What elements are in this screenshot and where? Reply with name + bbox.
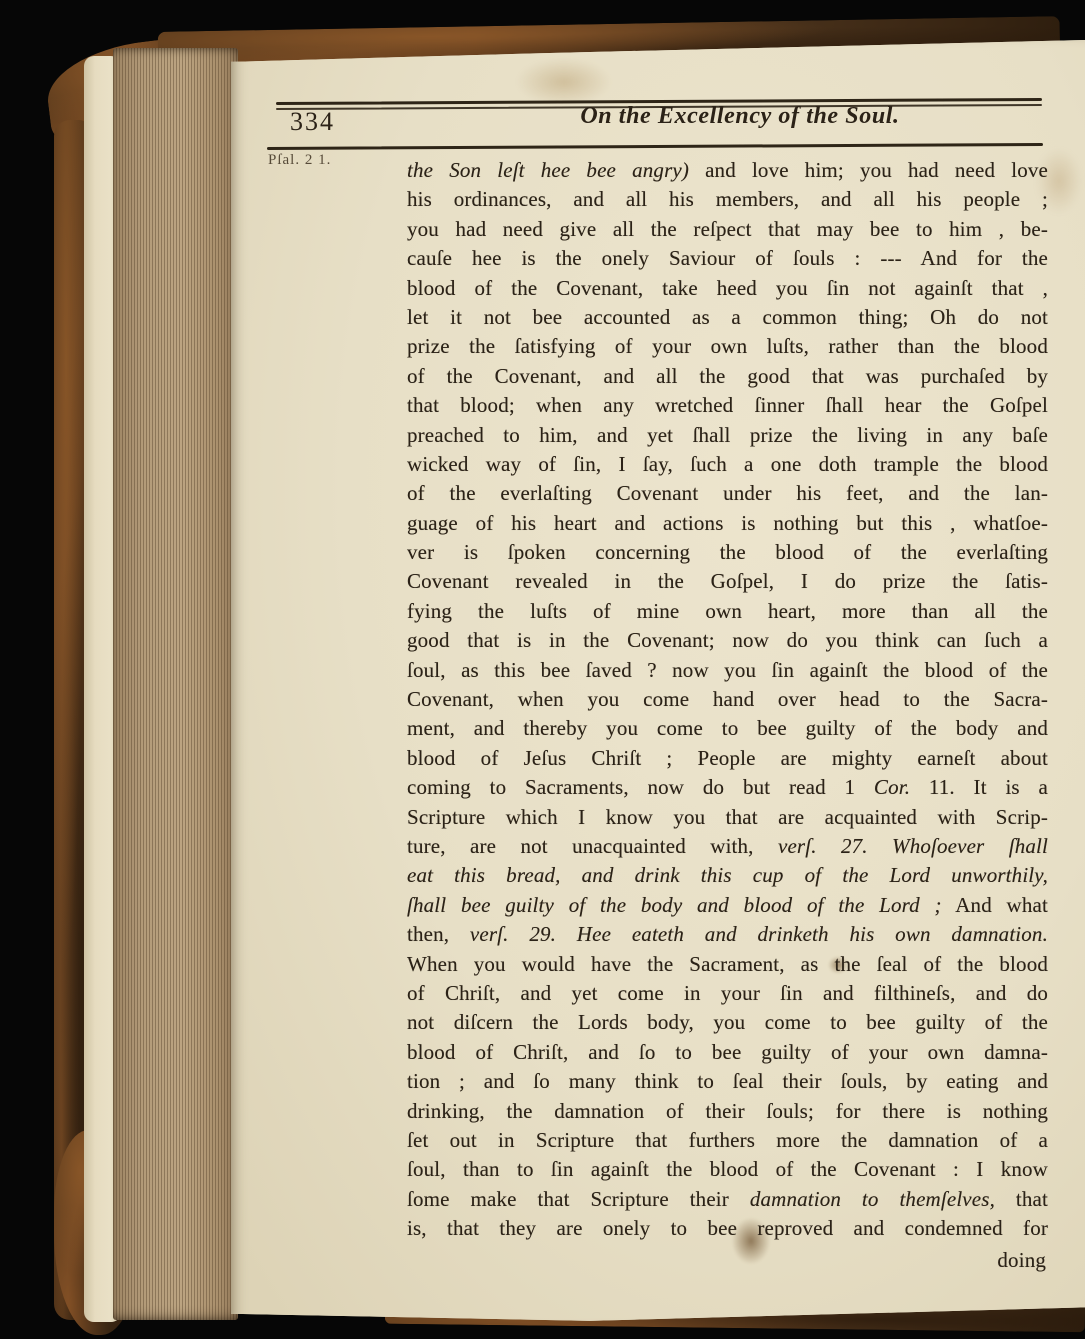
text-line: his ordinances, and all his members, and… [407,185,1048,214]
text-segment: not diſcern the Lords body, you come to … [407,1010,1048,1034]
text-line: ſhall bee guilty of the body and blood o… [407,891,1048,920]
text-line: prize the ſatisfying of your own luſts, … [407,332,1048,361]
text-line: then, verſ. 29. Hee eateth and drinketh … [407,920,1048,949]
text-line: ſoul, than to ſin againſt the blood of t… [407,1155,1048,1184]
text-segment: 11. It is a [910,775,1048,799]
text-segment: then, [407,922,470,946]
text-line: not diſcern the Lords body, you come to … [407,1008,1048,1037]
text-segment: that blood; when any wretched ſinner ſha… [407,393,1048,417]
text-segment: is, that they are onely to bee reproved … [407,1216,1048,1240]
text-segment: blood of the Covenant, take heed you ſin… [407,276,1048,300]
text-line: of the Covenant, and all the good that w… [407,362,1048,391]
text-line: ment, and thereby you come to bee guilty… [407,714,1048,743]
text-line: ſome make that Scripture their damnation… [407,1185,1048,1214]
text-line: the Son leſt hee bee angry) and love him… [407,156,1048,185]
text-segment: Scripture which I know you that are acqu… [407,805,1048,829]
text-line: ture, are not unacquainted with, verſ. 2… [407,832,1048,861]
body-text: the Son leſt hee bee angry) and love him… [407,156,1048,1276]
text-line: blood of the Covenant, take heed you ſin… [407,274,1048,303]
text-segment: drinking, the damnation of their ſouls; … [407,1099,1048,1123]
text-line: Covenant, when you come hand over head t… [407,685,1048,714]
text-line: coming to Sacraments, now do but read 1 … [407,773,1048,802]
text-line: Covenant revealed in the Goſpel, I do pr… [407,567,1048,596]
text-line: of the everlaſting Covenant under his fe… [407,479,1048,508]
text-line: fying the luſts of mine own heart, more … [407,597,1048,626]
fore-edge-pages [113,48,238,1320]
text-line: wicked way of ſin, I ſay, ſuch a one dot… [407,450,1048,479]
text-line: guage of his heart and actions is nothin… [407,509,1048,538]
text-segment: verſ. 27. Whoſoever ſhall [778,834,1048,858]
text-segment: ture, are not unacquainted with, [407,834,778,858]
text-segment: coming to Sacraments, now do but read 1 [407,775,874,799]
text-line: cauſe hee is the onely Saviour of ſouls … [407,244,1048,273]
text-line: Scripture which I know you that are acqu… [407,803,1048,832]
text-line: of Chriſt, and yet come in your ſin and … [407,979,1048,1008]
margin-note: Pſal. 2 1. [268,152,398,169]
text-segment: let it not bee accounted as a common thi… [407,305,1048,329]
text-segment: guage of his heart and actions is nothin… [407,511,1048,535]
text-segment: preached to him, and yet ſhall prize the… [407,423,1048,447]
text-segment: you had need give all the reſpect that m… [407,217,1048,241]
text-segment: ſhall bee guilty of the body and blood o… [407,893,942,917]
text-line: preached to him, and yet ſhall prize the… [407,421,1048,450]
text-line: When you would have the Sacrament, as th… [407,950,1048,979]
text-segment: And what [942,893,1048,917]
text-segment: When you would have the Sacrament, as th… [407,952,1048,976]
text-line: ſet out in Scripture that furthers more … [407,1126,1048,1155]
text-segment: good that is in the Covenant; now do you… [407,628,1048,652]
text-segment: the Son leſt hee bee angry) [407,158,689,182]
text-segment: ſoul, as this bee ſaved ? now you ſin ag… [407,658,1048,682]
text-segment: eat this bread, and drink this cup of th… [407,863,1048,887]
text-segment: fying the luſts of mine own heart, more … [407,599,1048,623]
text-segment: that [995,1187,1048,1211]
text-segment: ſoul, than to ſin againſt the blood of t… [407,1157,1048,1181]
catchword: doing [407,1246,1048,1275]
text-segment: wicked way of ſin, I ſay, ſuch a one dot… [407,452,1048,476]
text-line: drinking, the damnation of their ſouls; … [407,1097,1048,1126]
text-line: ver is ſpoken concerning the blood of th… [407,538,1048,567]
text-line: good that is in the Covenant; now do you… [407,626,1048,655]
text-segment: and love him; you had need love [689,158,1048,182]
text-segment: verſ. 29. Hee eateth and drinketh his ow… [470,922,1048,946]
text-segment: of the Covenant, and all the good that w… [407,364,1048,388]
text-line: blood of Chriſt, and ſo to bee guilty of… [407,1038,1048,1067]
text-segment: his ordinances, and all his members, and… [407,187,1048,211]
text-line: that blood; when any wretched ſinner ſha… [407,391,1048,420]
text-segment: ſet out in Scripture that furthers more … [407,1128,1048,1152]
scan-background: { "book_page": { "folio": "334", "runnin… [0,0,1085,1339]
text-line: let it not bee accounted as a common thi… [407,303,1048,332]
text-line: is, that they are onely to bee reproved … [407,1214,1048,1243]
text-segment: Covenant revealed in the Goſpel, I do pr… [407,569,1048,593]
text-line: eat this bread, and drink this cup of th… [407,861,1048,890]
text-segment: ver is ſpoken concerning the blood of th… [407,540,1048,564]
text-segment: blood of Chriſt, and ſo to bee guilty of… [407,1040,1048,1064]
text-segment: cauſe hee is the onely Saviour of ſouls … [407,246,1048,270]
text-line: blood of Jeſus Chriſt ; People are might… [407,744,1048,773]
page-number: 334 [290,107,335,137]
text-segment: ment, and thereby you come to bee guilty… [407,716,1048,740]
text-segment: prize the ſatisfying of your own luſts, … [407,334,1048,358]
text-segment: ſome make that Scripture their [407,1187,750,1211]
running-title: On the Excellency of the Soul. [460,103,1020,130]
text-segment: of the everlaſting Covenant under his fe… [407,481,1048,505]
text-segment: blood of Jeſus Chriſt ; People are might… [407,746,1048,770]
text-line: tion ; and ſo many think to ſeal their ſ… [407,1067,1048,1096]
text-line: ſoul, as this bee ſaved ? now you ſin ag… [407,656,1048,685]
text-line: you had need give all the reſpect that m… [407,215,1048,244]
text-segment: damnation to themſelves, [750,1187,995,1211]
text-segment: Cor. [874,775,910,799]
text-segment: Covenant, when you come hand over head t… [407,687,1048,711]
text-segment: of Chriſt, and yet come in your ſin and … [407,981,1048,1005]
text-segment: tion ; and ſo many think to ſeal their ſ… [407,1069,1048,1093]
